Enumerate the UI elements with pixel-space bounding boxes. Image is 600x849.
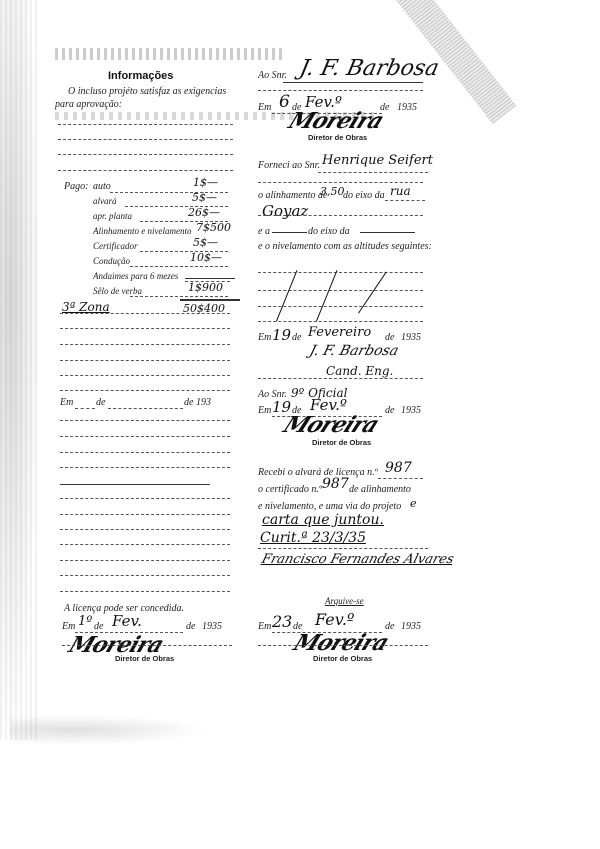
day-value: 6 bbox=[279, 92, 290, 112]
pago-label: Pago: bbox=[64, 181, 88, 192]
blank-line bbox=[60, 560, 230, 561]
nivelamento-label: e o nivelamento com as altitudes seguint… bbox=[258, 241, 432, 252]
fee-label: Certificador bbox=[93, 241, 138, 251]
eixo-label: do eixo da bbox=[308, 226, 350, 237]
blank-line bbox=[58, 139, 233, 140]
alinhamento-value: 3,50 bbox=[320, 185, 345, 198]
section-title: Informações bbox=[108, 70, 173, 82]
blank-line bbox=[60, 452, 230, 453]
fee-leader bbox=[130, 296, 228, 297]
day-field bbox=[75, 408, 95, 409]
signer-title: Diretor de Obras bbox=[308, 133, 367, 142]
ea-label: e a bbox=[258, 226, 270, 237]
archive-label: Arquive-se bbox=[325, 596, 364, 606]
forneci-line bbox=[318, 172, 428, 173]
day-value: 23 bbox=[272, 612, 292, 631]
altitude-line bbox=[258, 321, 423, 322]
altitude-strike bbox=[276, 270, 298, 321]
barbosa-signature: J. F. Barbosa bbox=[308, 343, 400, 359]
day-value: 19 bbox=[272, 398, 291, 416]
fee-value: 1$— bbox=[193, 176, 218, 189]
faded-header bbox=[55, 48, 285, 60]
blank-line bbox=[58, 154, 233, 155]
scan-stain-bottom bbox=[10, 715, 210, 745]
fee-label: auto bbox=[93, 181, 111, 192]
de-label: de bbox=[385, 405, 394, 416]
fee-value: 10$— bbox=[190, 251, 222, 264]
em-label: Em bbox=[62, 621, 75, 632]
barbosa-title: Cand. Eng. bbox=[326, 364, 393, 378]
signer-title: Diretor de Obras bbox=[115, 654, 174, 663]
em-label: Em bbox=[60, 397, 73, 408]
month-value: Fevereiro bbox=[308, 325, 371, 340]
blank-line bbox=[60, 375, 230, 376]
fee-value: 1$900 bbox=[188, 281, 223, 294]
blank-line bbox=[60, 467, 230, 468]
blank-line bbox=[60, 514, 230, 515]
de-label: de bbox=[385, 332, 394, 343]
fee-label: Condução bbox=[93, 256, 130, 266]
sum-rule bbox=[180, 299, 240, 301]
blank-line bbox=[258, 548, 428, 549]
receipt-date-handwritten: Curit.ª 23/3/35 bbox=[260, 530, 366, 546]
em-label: Em bbox=[258, 102, 271, 113]
receipt-line1: Recebi o alvará de licença n.º bbox=[258, 467, 378, 478]
year-value: 1935 bbox=[401, 621, 421, 632]
forneci-name: Henrique Seifert bbox=[322, 153, 433, 168]
receipt-line3: e nivelamento, e uma via do projeto bbox=[258, 501, 401, 512]
to-line bbox=[283, 82, 423, 83]
to-label: Ao Snr. bbox=[258, 70, 287, 81]
blank-line bbox=[60, 575, 230, 576]
blank-line bbox=[60, 420, 230, 421]
blank-line bbox=[60, 436, 230, 437]
em-label: Em bbox=[258, 405, 271, 416]
fee-value: 7$500 bbox=[196, 221, 231, 234]
blank-line bbox=[60, 498, 230, 499]
blank-line bbox=[60, 529, 230, 530]
license-number: 987 bbox=[385, 460, 412, 476]
fee-leader bbox=[185, 278, 235, 279]
month-value: Fev. bbox=[112, 612, 142, 630]
signature-line bbox=[62, 645, 232, 646]
eixo-line bbox=[360, 232, 415, 233]
blank-line bbox=[258, 378, 423, 379]
altitude-line bbox=[258, 272, 423, 273]
month-field bbox=[108, 408, 183, 409]
de-label: de bbox=[94, 621, 103, 632]
signature-line bbox=[258, 645, 428, 646]
receipt-line2-suffix: de alinhamento bbox=[349, 484, 411, 495]
de-label: de bbox=[292, 332, 301, 343]
de-label: de bbox=[186, 621, 195, 632]
intro-text-line2: para aprovação: bbox=[55, 99, 122, 110]
signer-title: Diretor de Obras bbox=[313, 654, 372, 663]
blank-line bbox=[60, 344, 230, 345]
blank-line bbox=[258, 90, 423, 91]
blank-line bbox=[258, 215, 423, 216]
year-label: de 193 bbox=[184, 397, 211, 408]
altitude-line bbox=[258, 290, 423, 291]
to-name: J. F. Barbosa bbox=[297, 56, 441, 81]
fee-label: alvará bbox=[93, 196, 117, 206]
fee-leader bbox=[130, 266, 228, 267]
alinhamento-label: o alinhamento de bbox=[258, 190, 327, 201]
forneci-label: Forneci ao Snr. bbox=[258, 160, 320, 171]
blank-line bbox=[60, 591, 230, 592]
blank-line bbox=[60, 328, 230, 329]
altitude-strike bbox=[358, 272, 387, 314]
year-value: 1935 bbox=[401, 405, 421, 416]
em-label: Em bbox=[258, 332, 271, 343]
total-value: 50$400 bbox=[183, 302, 225, 315]
blank-line bbox=[58, 124, 233, 125]
receipt-signature: Francisco Fernandes Alvares bbox=[260, 552, 455, 567]
blank-line bbox=[60, 360, 230, 361]
ea-line bbox=[272, 232, 307, 233]
scan-stain-left bbox=[0, 0, 40, 740]
year-value: 1935 bbox=[202, 621, 222, 632]
fee-label: Alinhamento e nivelamento bbox=[93, 226, 191, 236]
certificate-number: 987 bbox=[322, 476, 349, 492]
year-value: 1935 bbox=[401, 332, 421, 343]
fee-value: 5$— bbox=[192, 191, 217, 204]
eixo-label: do eixo da bbox=[343, 190, 385, 201]
de-label: de bbox=[96, 397, 105, 408]
day-value: 19 bbox=[272, 326, 291, 344]
eixo-line bbox=[385, 200, 425, 201]
signer-title: Diretor de Obras bbox=[312, 438, 371, 447]
intro-text-line1: O incluso projéto satisfaz as exigencias bbox=[68, 86, 226, 97]
altitude-strike bbox=[316, 270, 338, 321]
year-value: 1935 bbox=[397, 102, 417, 113]
blank-line bbox=[60, 544, 230, 545]
fee-value: 26$— bbox=[188, 206, 220, 219]
fee-value: 5$— bbox=[193, 236, 218, 249]
day-value: 1º bbox=[78, 614, 92, 629]
blank-line bbox=[58, 170, 233, 171]
director-signature-3: Moreira bbox=[279, 412, 382, 438]
fee-label: Sêlo de verba bbox=[93, 286, 142, 296]
fee-label: Andaimes para 6 mezes bbox=[93, 271, 178, 281]
director-signature-1: Moreira bbox=[285, 108, 387, 134]
month-value: Fev.º bbox=[315, 610, 354, 629]
document-page: Informações O incluso projéto satisfaz a… bbox=[0, 0, 600, 849]
receipt-line3-hw: e bbox=[410, 497, 417, 510]
eixo-street-name: Goyaz bbox=[262, 202, 308, 220]
receipt-line2: o certificado n.º bbox=[258, 484, 322, 495]
blank-line bbox=[258, 182, 423, 183]
total-label: 3ª Zona bbox=[62, 300, 110, 314]
em-label: Em bbox=[258, 621, 271, 632]
receipt-handwritten-1: carta que juntou. bbox=[262, 512, 384, 528]
license-number-line bbox=[378, 478, 423, 479]
director-signature-4: Moreira bbox=[290, 630, 392, 656]
fee-label: apr. planta bbox=[93, 211, 132, 221]
blank-line bbox=[60, 390, 230, 391]
blank-line bbox=[60, 484, 210, 485]
eixo-street: rua bbox=[390, 184, 411, 198]
